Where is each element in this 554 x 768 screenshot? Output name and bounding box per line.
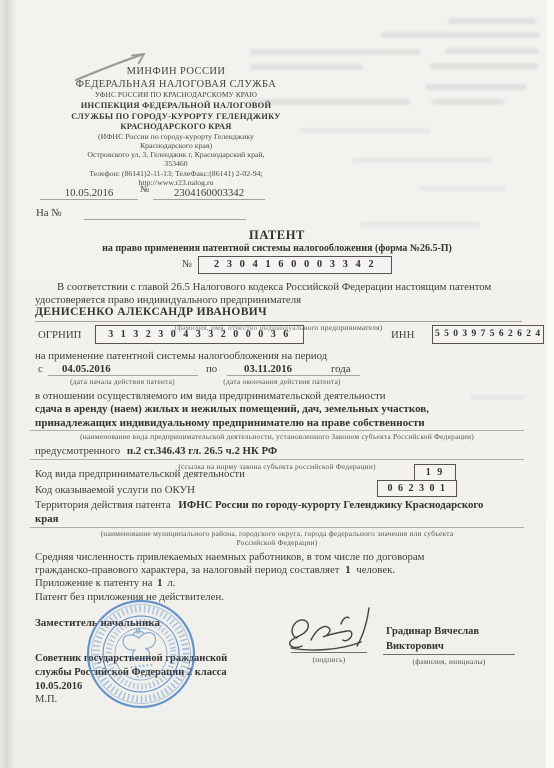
bleed-through-artifact [448, 18, 536, 24]
signer-name-caption: (фамилия, инициалы) [383, 657, 515, 666]
bleed-through-artifact [432, 99, 504, 105]
law-underline [30, 459, 524, 460]
okun-code-box: 0 6 2 3 0 1 [377, 480, 457, 497]
ogrnip-value-box: 3 1 3 2 3 0 4 3 3 2 0 0 0 3 6 [95, 325, 304, 344]
org-name-short: (ИФНС России по городу-курорту Геленджик… [10, 132, 342, 141]
na-number-label: На № [36, 207, 62, 219]
bleed-through-artifact [352, 158, 492, 163]
date-to: 03.11.2016 [227, 363, 331, 376]
attachment-text: Приложение к патенту на [35, 577, 152, 589]
territory-caption: (наименование муниципального района, гор… [17, 529, 537, 538]
date-to-caption: (дата окончания действия патента) [208, 377, 356, 386]
handwritten-signature [283, 604, 398, 659]
bleed-through-artifact [430, 63, 538, 69]
number-sign: № [140, 185, 149, 195]
signer-name: Градинар Вячеслав [386, 626, 479, 637]
org-postcode: 353460 [10, 159, 342, 168]
bleed-through-artifact [382, 32, 540, 38]
org-name-short: Краснодарского края) [10, 141, 342, 150]
entrepreneur-name: ДЕНИСЕНКО АЛЕКСАНДР ИВАНОВИЧ [35, 306, 522, 322]
letterhead: МИНФИН РОССИИ ФЕДЕРАЛЬНАЯ НАЛОГОВАЯ СЛУЖ… [10, 66, 342, 187]
law-reference-line: предусмотренного п.2 ст.346.43 гл. 26.5 … [35, 445, 277, 457]
official-round-stamp [79, 592, 204, 717]
inn-value-box: 5 5 0 3 9 7 5 6 2 6 2 4 [432, 325, 544, 344]
from-label: с [38, 363, 43, 375]
activity-caption: (наименование вида предпринимательской д… [17, 432, 537, 441]
document-date: 10.05.2016 [40, 187, 138, 200]
workers-text: человек. [356, 564, 395, 576]
page-title: ПАТЕНТ [0, 228, 554, 243]
org-name-line: МИНФИН РОССИИ [10, 66, 342, 79]
patent-number-box: 2 3 0 4 1 6 0 0 0 3 3 4 2 [198, 256, 392, 274]
attachment-line: Приложение к патенту на 1 л. [35, 577, 175, 589]
workers-line: гражданско-правового характера, за налог… [35, 564, 395, 576]
org-name-line: УФНС РОССИИ ПО КРАСНОДАРСКОМУ КРАЮ [10, 91, 342, 100]
intro-text: удостоверяется право индивидуального пре… [35, 294, 301, 306]
date-from: 04.05.2016 [48, 363, 198, 376]
na-number-blank [84, 207, 246, 220]
bleed-through-artifact [446, 48, 538, 54]
activity-code-box: 1 9 [414, 464, 456, 481]
scan-edge-right [546, 0, 554, 768]
org-address: Островского ул, 3, Геленджик г, Краснода… [10, 150, 342, 159]
activity-intro: в отношении осуществляемого им вида пред… [35, 390, 386, 402]
okun-label: Код оказываемой услуги по ОКУН [35, 484, 195, 496]
bleed-through-artifact [470, 395, 525, 400]
territory-line: Территория действия патента ИФНС России … [35, 499, 483, 511]
page-subtitle: на право применения патентной системы на… [0, 243, 554, 254]
activity-line: сдача в аренду (наем) жилых и нежилых по… [35, 403, 429, 415]
patent-document: МИНФИН РОССИИ ФЕДЕРАЛЬНАЯ НАЛОГОВАЯ СЛУЖ… [0, 0, 554, 768]
year-word: года [331, 363, 360, 376]
territory-caption: Российской Федерации) [17, 538, 537, 547]
ogrnip-label: ОГРНИП [38, 329, 81, 341]
activity-underline [30, 430, 524, 431]
attachment-text: л. [167, 577, 175, 589]
org-phone: Телефон: (86141)2-11-13; ТелеФакс:(86141… [10, 169, 342, 178]
document-number: 2304160003342 [153, 187, 265, 200]
number-sign: № [182, 259, 192, 270]
period-intro: на применение патентной системы налогооб… [35, 350, 327, 362]
workers-text: гражданско-правового характера, за налог… [35, 564, 339, 576]
workers-count: 1 [345, 564, 350, 576]
org-name-line: КРАСНОДАРСКОГО КРАЯ [10, 121, 342, 132]
signer-name-line [383, 654, 515, 655]
org-name-line: ФЕДЕРАЛЬНАЯ НАЛОГОВАЯ СЛУЖБА [10, 79, 342, 92]
attachment-pages: 1 [157, 577, 162, 589]
to-label: по [206, 363, 217, 375]
law-prefix: предусмотренного [35, 445, 120, 457]
workers-line: Средняя численность привлекаемых наемных… [35, 551, 425, 563]
law-reference: п.2 ст.346.43 гл. 26.5 ч.2 НК РФ [127, 445, 277, 457]
intro-text: В соответствии с главой 26.5 Налогового … [57, 281, 491, 293]
bleed-through-artifact [250, 49, 420, 55]
activity-code-label: Код вида предпринимательской деятельност… [35, 468, 245, 480]
date-from-caption: (дата начала действия патента) [45, 377, 200, 386]
org-name-line: ИНСПЕКЦИЯ ФЕДЕРАЛЬНОЙ НАЛОГОВОЙ [10, 100, 342, 111]
territory-value: края [35, 513, 58, 525]
bleed-through-artifact [420, 186, 506, 191]
bleed-through-artifact [426, 84, 526, 90]
activity-line: принадлежащих индивидуальному предприним… [35, 417, 425, 429]
org-name-line: СЛУЖБЫ ПО ГОРОДУ-КУРОРТУ ГЕЛЕНДЖИКУ [10, 111, 342, 122]
bleed-through-artifact [360, 222, 480, 227]
inn-label: ИНН [391, 329, 414, 341]
territory-value: ИФНС России по городу-курорту Геленджику… [178, 499, 483, 511]
org-website: http://www.r23.nalog.ru [10, 178, 342, 187]
territory-label: Территория действия патента [35, 499, 171, 511]
territory-underline [30, 527, 524, 528]
mp-seal-label: М.П. [35, 694, 57, 705]
signing-date: 10.05.2016 [35, 681, 82, 692]
